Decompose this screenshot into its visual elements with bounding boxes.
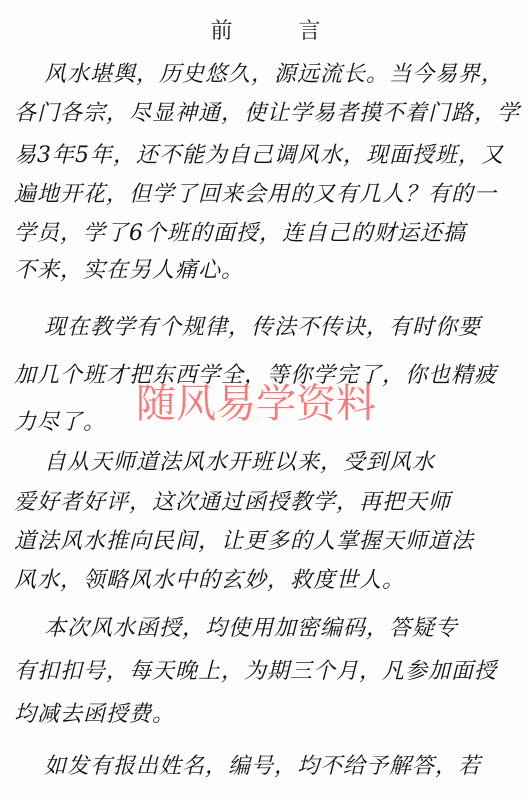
paragraph-3-line-1: 自从天师道法风水开班以来，受到风水 xyxy=(44,448,435,478)
paragraph-3-line-2: 爱好者好评，这次通过函授教学，再把天师 xyxy=(14,488,451,518)
paragraph-4-line-3: 均减去函授费。 xyxy=(14,700,175,730)
scanned-page: 前言 风水堪舆，历史悠久，源远流长。当今易界， 各门各宗，尽显神通，使让学易者摸… xyxy=(0,0,531,796)
paragraph-1-line-2: 各门各宗，尽显神通，使让学易者摸不着门路，学 xyxy=(14,99,520,129)
paragraph-1-line-3: 易3年5年，还不能为自己调风水，现面授班，又 xyxy=(14,141,504,171)
paragraph-1-line-5: 学员，学了6个班的面授，连自己的财运还搞 xyxy=(14,219,466,249)
paragraph-1-line-1: 风水堪舆，历史悠久，源远流长。当今易界， xyxy=(44,60,504,90)
paragraph-2-line-1: 现在教学有个规律，传法不传诀，有时你要 xyxy=(44,313,481,343)
paragraph-4-line-2: 有扣扣号，每天晚上，为期三个月，凡参加面授 xyxy=(14,657,497,687)
paragraph-1-line-6: 不来，实在另人痛心。 xyxy=(14,256,244,286)
paragraph-1-line-4: 遍地开花，但学了回来会用的又有几人？有的一 xyxy=(14,180,497,210)
paragraph-2-line-3: 力尽了。 xyxy=(14,408,106,438)
paragraph-5-line-1: 如发有报出姓名，编号，均不给予解答，若 xyxy=(44,752,481,782)
title-char-1: 前 xyxy=(210,14,232,45)
title-char-2: 言 xyxy=(299,14,321,45)
paragraph-2-line-2: 加几个班才把东西学全，等你学完了，你也精疲 xyxy=(14,361,497,391)
paragraph-4-line-1: 本次风水函授，均使用加密编码，答疑专 xyxy=(44,614,458,644)
paragraph-3-line-3: 道法风水推向民间，让更多的人掌握天师道法 xyxy=(14,527,474,557)
paragraph-3-line-4: 风水，领略风水中的玄妙，救度世人。 xyxy=(14,566,405,596)
page-title: 前言 xyxy=(0,14,531,45)
